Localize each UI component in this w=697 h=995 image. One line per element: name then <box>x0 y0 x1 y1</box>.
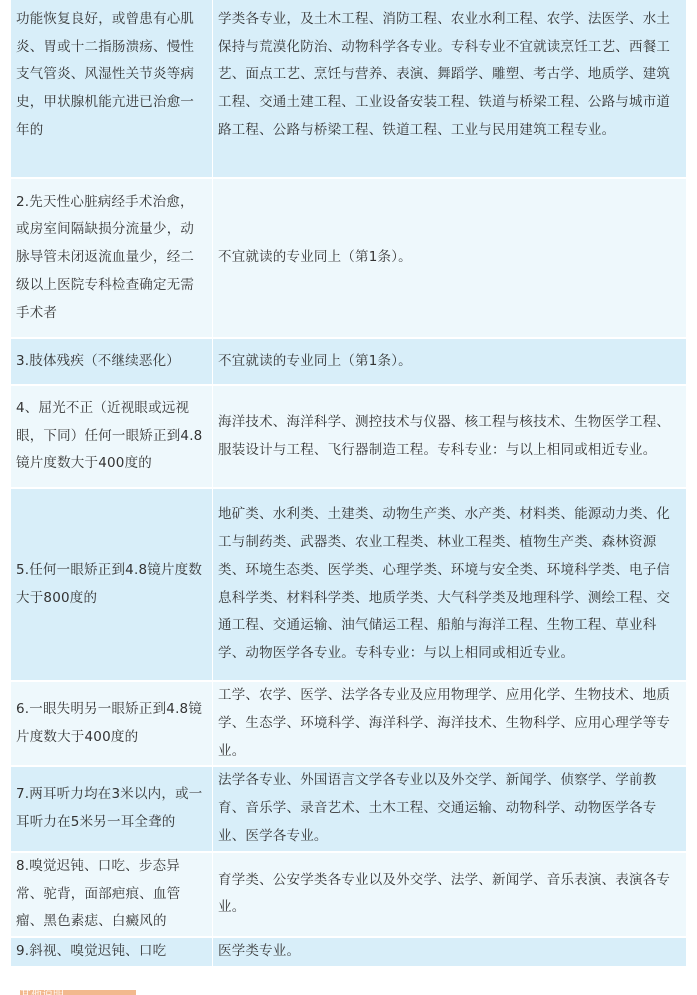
table-row: 7.两耳听力均在3米以内，或一耳听力在5米另一耳全聋的 法学各专业、外国语言文学… <box>11 766 686 851</box>
majors-cell: 医学类、林业资源类、环境科学类、环境生态类、旅游管理类、科学技术类学类各专业，及… <box>213 0 687 178</box>
table-row: 6.一眼失明另一眼矫正到4.8镜片度数大于400度的 工学、农学、医学、法学各专… <box>11 681 686 766</box>
majors-cell: 工学、农学、医学、法学各专业及应用物理学、应用化学、生物技术、地质学、生态学、环… <box>213 681 687 766</box>
condition-cell: 6.一眼失明另一眼矫正到4.8镜片度数大于400度的 <box>11 681 213 766</box>
majors-cell: 医学类专业。 <box>213 937 687 966</box>
majors-cell: 育学类、公安学类各专业以及外交学、法学、新闻学、音乐表演、表演各专业。 <box>213 852 687 937</box>
majors-cell: 不宜就读的专业同上（第1条）。 <box>213 338 687 385</box>
majors-cell: 海洋技术、海洋科学、测控技术与仪器、核工程与核技术、生物医学工程、服装设计与工程… <box>213 385 687 488</box>
condition-cell: 伏、四肢等功能障碍已恢复，功能恢复良好，或曾患有心肌炎、胃或十二指肠溃疡、慢性支… <box>11 0 213 178</box>
table-row: 2.先天性心脏病经手术治愈，或房室间隔缺损分流量少，动脉导管未闭返流血量少，经二… <box>11 178 686 338</box>
condition-cell: 8.嗅觉迟钝、口吃、步态异常、驼背，面部疤痕、血管瘤、黑色素痣、白癜风的 <box>11 852 213 937</box>
majors-cell: 不宜就读的专业同上（第1条）。 <box>213 178 687 338</box>
majors-cell: 法学各专业、外国语言文学各专业以及外交学、新闻学、侦察学、学前教育、音乐学、录音… <box>213 766 687 851</box>
condition-cell: 3.肢体残疾（不继续恶化） <box>11 338 213 385</box>
section-heading-badge: 其他说明 <box>20 990 136 995</box>
condition-cell: 2.先天性心脏病经手术治愈，或房室间隔缺损分流量少，动脉导管未闭返流血量少，经二… <box>11 178 213 338</box>
table-row: 3.肢体残疾（不继续恶化） 不宜就读的专业同上（第1条）。 <box>11 338 686 385</box>
table-row: 4、屈光不正（近视眼或远视眼，下同）任何一眼矫正到4.8镜片度数大于400度的 … <box>11 385 686 488</box>
condition-cell: 9.斜视、嗅觉迟钝、口吃 <box>11 937 213 966</box>
table-row: 伏、四肢等功能障碍已恢复，功能恢复良好，或曾患有心肌炎、胃或十二指肠溃疡、慢性支… <box>11 0 686 178</box>
health-restriction-table: 伏、四肢等功能障碍已恢复，功能恢复良好，或曾患有心肌炎、胃或十二指肠溃疡、慢性支… <box>11 0 686 966</box>
condition-cell: 5.任何一眼矫正到4.8镜片度数大于800度的 <box>11 488 213 681</box>
condition-cell: 7.两耳听力均在3米以内，或一耳听力在5米另一耳全聋的 <box>11 766 213 851</box>
table-row: 9.斜视、嗅觉迟钝、口吃 医学类专业。 <box>11 937 686 966</box>
table-row: 5.任何一眼矫正到4.8镜片度数大于800度的 地矿类、水利类、土建类、动物生产… <box>11 488 686 681</box>
majors-cell: 地矿类、水利类、土建类、动物生产类、水产类、材料类、能源动力类、化工与制药类、武… <box>213 488 687 681</box>
table-row: 8.嗅觉迟钝、口吃、步态异常、驼背，面部疤痕、血管瘤、黑色素痣、白癜风的 育学类… <box>11 852 686 937</box>
condition-cell: 4、屈光不正（近视眼或远视眼，下同）任何一眼矫正到4.8镜片度数大于400度的 <box>11 385 213 488</box>
